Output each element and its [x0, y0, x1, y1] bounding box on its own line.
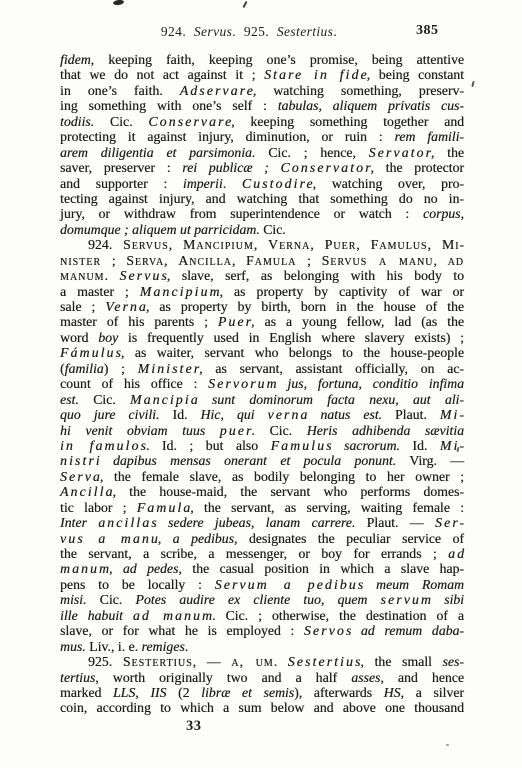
text-line: manum, ad pedes, the casual position in …	[60, 561, 464, 576]
text-line: hi venit obviam tuus puer. Cic. Heris ad…	[60, 423, 464, 438]
text-line: and supporter : imperii. Custodire, watc…	[60, 176, 464, 191]
text-line: (familia) ; Minister, as servant, assist…	[60, 361, 464, 376]
text-line: Serva, the female slave, as bodily belon…	[60, 469, 464, 484]
text-line: protecting it against injury, diminution…	[60, 129, 464, 144]
text-line: tecting against injury, and watching tha…	[60, 191, 464, 206]
book-page-scan: 924. Servus. 925. Sestertius. 385 fidem,…	[0, 0, 522, 768]
signature-mark: 33	[186, 718, 202, 735]
text-line: fidem, keeping faith, keeping one’s prom…	[60, 52, 464, 67]
text-line: quo jure civili. Id. Hic, qui verna natu…	[60, 407, 464, 422]
text-line: nister ; Serva, Ancilla, Famula ; Servus…	[60, 253, 464, 268]
text-line: that we do not act against it ; Stare in…	[60, 67, 464, 82]
text-line: master of his parents ; Puer, as a young…	[60, 314, 464, 329]
text-line: saver, preserver : rei publicæ ; Conserv…	[60, 160, 464, 175]
text-line: 925. Sestertius, — a, um. Sestertius, th…	[60, 654, 464, 669]
scan-artifact-paper-dot	[446, 744, 449, 746]
text-line: misi. Cic. Potes audire ex cliente tuo, …	[60, 592, 464, 607]
text-line: Ancilla, the house-maid, the servant who…	[60, 484, 464, 499]
text-line: tertius, worth originally two and a half…	[60, 670, 464, 685]
text-line: vus a manu, a pedibus, designates the pe…	[60, 531, 464, 546]
scan-artifact-margin-apostrophe	[471, 81, 474, 87]
running-header: 924. Servus. 925. Sestertius.	[60, 24, 464, 40]
text-line: jury, or withdraw from superintendence o…	[60, 206, 464, 221]
text-line: tic labor ; Famula, the servant, as serv…	[60, 500, 464, 515]
text-line: in one’s faith. Adservare, watching some…	[60, 83, 464, 98]
scan-artifact-ink-smudge	[113, 0, 125, 6]
text-line: pens to be locally : Servum a pedibus me…	[60, 577, 464, 592]
text-line: manum. Servus, slave, serf, as belonging…	[60, 268, 464, 283]
text-line: ing something with one’s self : tabulas,…	[60, 98, 464, 113]
text-line: Fámulus, as waiter, servant who belongs …	[60, 345, 464, 360]
page-number: 385	[416, 23, 439, 39]
text-line: the servant, a scribe, a messenger, or b…	[60, 546, 464, 561]
text-line: a master ; Mancipium, as property by cap…	[60, 284, 464, 299]
scan-artifact-stray-tick	[242, 1, 247, 8]
text-line: Inter ancillas sedere jubeas, lanam carr…	[60, 515, 464, 530]
text-line: est. Cic. Mancipia sunt dominorum facta …	[60, 392, 464, 407]
text-line: 924. Servus, Mancipium, Verna, Puer, Fam…	[60, 237, 464, 252]
text-line: marked LLS, IIS (2 libræ et semis), afte…	[60, 685, 464, 700]
text-line: coin, according to which a sum below and…	[60, 700, 464, 715]
text-line: ille habuit ad manum. Cic. ; otherwise, …	[60, 608, 464, 623]
text-line: slave, or for what he is employed : Serv…	[60, 623, 464, 638]
text-line: count of his office : Servorum jus, fort…	[60, 376, 464, 391]
text-line: mus. Liv., i. e. remiges.	[60, 639, 464, 654]
text-line: word boy is frequently used in English w…	[60, 330, 464, 345]
text-line: in famulos. Id. ; but also Famulus sacro…	[60, 438, 464, 453]
text-line: nistri dapibus mensas onerant et pocula …	[60, 453, 464, 468]
text-line: todiis. Cic. Conservare, keeping somethi…	[60, 114, 464, 129]
text-line: domumque ; aliquem ut parricidam. Cic.	[60, 222, 464, 237]
text-block: fidem, keeping faith, keeping one’s prom…	[60, 52, 464, 716]
text-line: sale ; Verna, as property by birth, born…	[60, 299, 464, 314]
text-line: arem diligentia et parsimonia. Cic. ; he…	[60, 145, 464, 160]
